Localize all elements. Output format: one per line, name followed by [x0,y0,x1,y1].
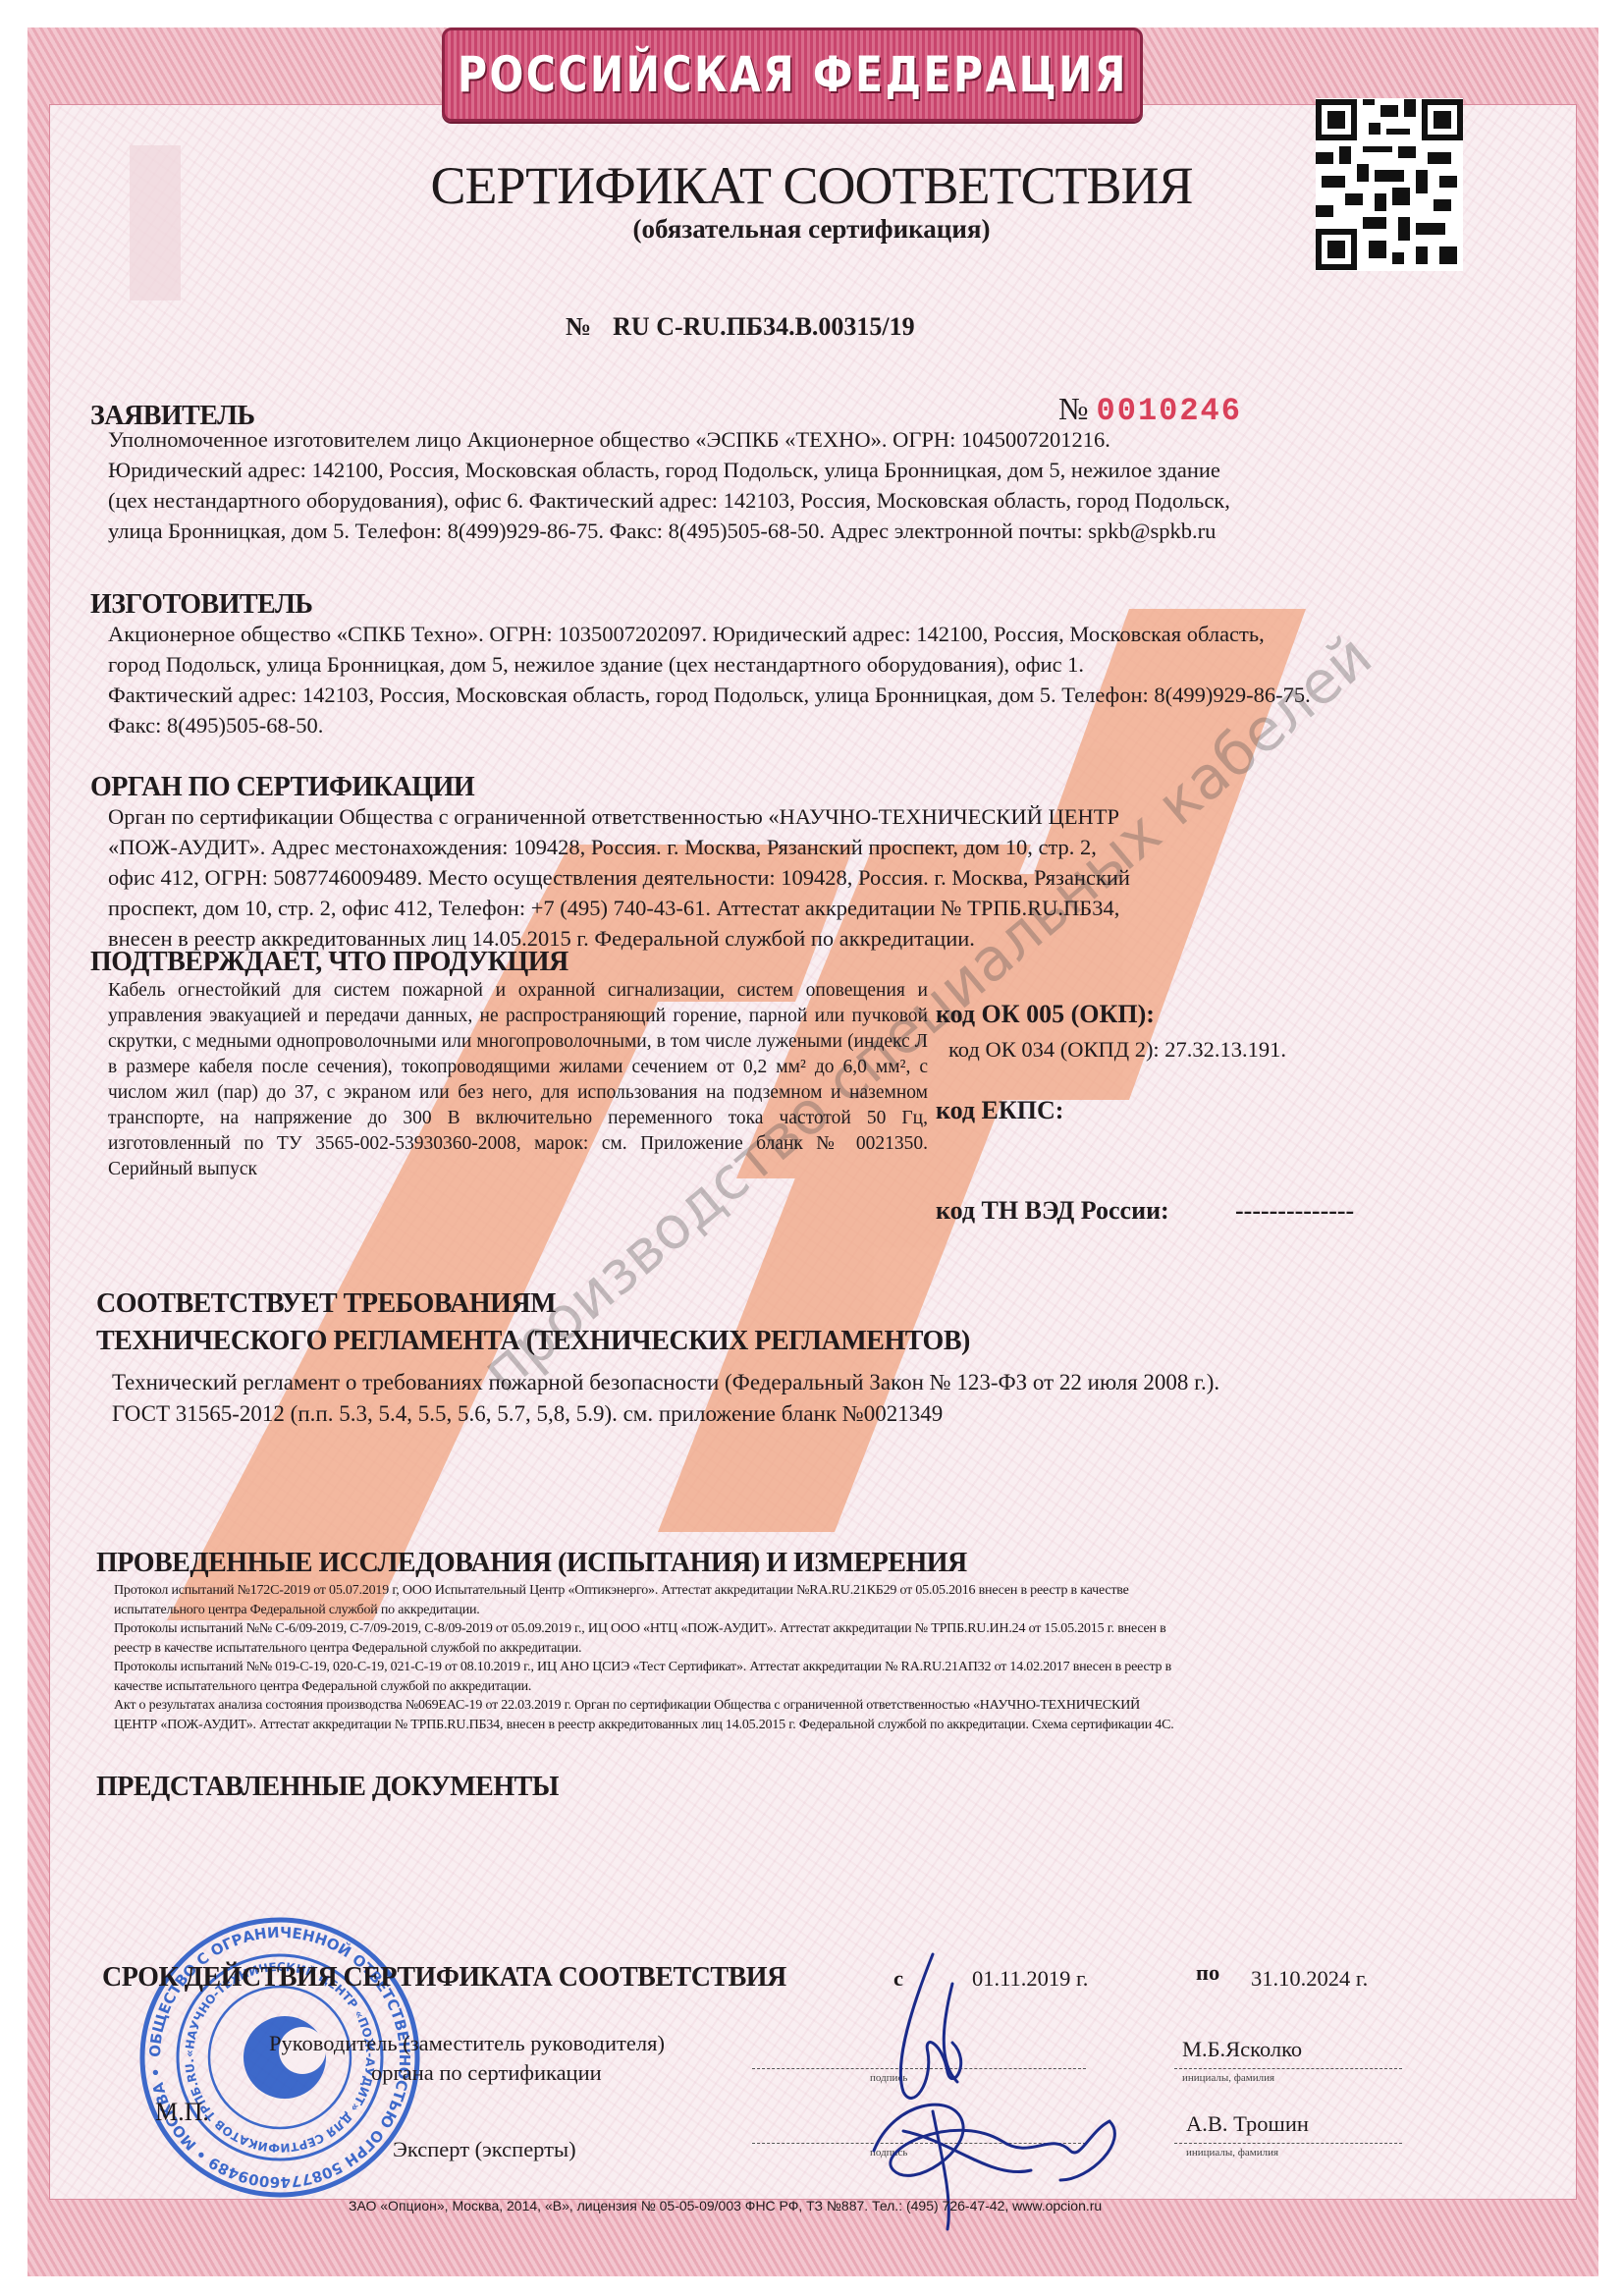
okp-code-label: код ОК 005 (ОКП): [936,1000,1155,1029]
cert-body-line: проспект, дом 10, стр. 2, офис 412, Теле… [108,893,1130,923]
applicant-line: (цех нестандартного оборудования), офис … [108,485,1230,516]
ekps-code-label: код ЕКПС: [936,1096,1063,1125]
expert-name-caption: инициалы, фамилия [1186,2147,1278,2159]
cert-body-line: офис 412, ОГРН: 5087746009489. Место осу… [108,862,1130,893]
stamp-place-label: М.П. [155,2098,209,2127]
applicant-line: улица Бронницкая, дом 5. Телефон: 8(499)… [108,516,1230,546]
manufacturer-line: Фактический адрес: 142103, Россия, Моско… [108,680,1311,710]
banner-russian-federation: РОССИЙСКАЯ ФЕДЕРАЦИЯ [442,27,1143,122]
expert-role-label: Эксперт (эксперты) [393,2137,576,2162]
tests-line: Протоколы испытаний №№ С-6/09-2019, С-7/… [114,1619,1174,1639]
compliance-line: ГОСТ 31565-2012 (п.п. 5.3, 5.4, 5.5, 5.6… [112,1398,1219,1430]
tests-text: Протокол испытаний №172С-2019 от 05.07.2… [114,1581,1174,1734]
applicant-line: Юридический адрес: 142100, Россия, Моско… [108,455,1230,485]
cert-body-line: Орган по сертификации Общества с огранич… [108,801,1130,832]
manufacturer-line: город Подольск, улица Бронницкая, дом 5,… [108,649,1311,680]
tests-line: реестр в качестве испытательного центра … [114,1639,1174,1659]
applicant-line: Уполномоченное изготовителем лицо Акцион… [108,424,1230,455]
manufacturer-line: Акционерное общество «СПКБ Техно». ОГРН:… [108,619,1311,649]
cert-body-line: «ПОЖ-АУДИТ». Адрес местонахождения: 1094… [108,832,1130,862]
document-title: СЕРТИФИКАТ СООТВЕТСТВИЯ [0,155,1623,216]
manufacturer-line: Факс: 8(495)505-68-50. [108,710,1311,740]
expert-name-line [1174,2143,1402,2144]
head-name: М.Б.Ясколко [1182,2037,1302,2062]
validity-heading: СРОК ДЕЙСТВИЯ СЕРТИФИКАТА СООТВЕТСТВИЯ [102,1962,786,1994]
tests-line: испытательного центра Федеральной службо… [114,1601,1174,1620]
head-signature-caption: подпись [870,2072,907,2084]
certificate-number: №RU C-RU.ПБ34.В.00315/19 [566,312,915,342]
head-name-caption: инициалы, фамилия [1182,2072,1274,2084]
tests-line: Протокол испытаний №172С-2019 от 05.07.2… [114,1581,1174,1601]
cert-body-text: Орган по сертификации Общества с огранич… [108,801,1130,954]
compliance-text: Технический регламент о требованиях пожа… [112,1367,1219,1430]
expert-name: А.В. Трошин [1186,2111,1309,2137]
manufacturer-text: Акционерное общество «СПКБ Техно». ОГРН:… [108,619,1311,740]
head-name-line [1174,2068,1402,2069]
tests-line: качестве испытательного центра Федеральн… [114,1677,1174,1697]
head-role-label-1: Руководитель (заместитель руководителя) [269,2031,665,2056]
product-heading: ПОДТВЕРЖДАЕТ, ЧТО ПРОДУКЦИЯ [90,947,568,978]
expert-signature-caption: подпись [870,2147,907,2159]
cert-number-value: RU C-RU.ПБ34.В.00315/19 [613,312,915,341]
product-description: Кабель огнестойкий для систем пожарной и… [108,978,928,1182]
compliance-heading-2: ТЕХНИЧЕСКОГО РЕГЛАМЕНТА (ТЕХНИЧЕСКИХ РЕГ… [96,1326,970,1357]
document-subtitle: (обязательная сертификация) [0,214,1623,245]
tnved-code-value: -------------- [1235,1196,1354,1226]
okpd2-code: код ОК 034 (ОКПД 2): 27.32.13.191. [948,1037,1286,1063]
compliance-line: Технический регламент о требованиях пожа… [112,1367,1219,1398]
expert-signature-line [752,2143,1086,2144]
printer-footer: ЗАО «Опцион», Москва, 2014, «В», лицензи… [349,2198,1102,2214]
tests-line: ЦЕНТР «ПОЖ-АУДИТ». Аттестат аккредитации… [114,1716,1174,1735]
applicant-text: Уполномоченное изготовителем лицо Акцион… [108,424,1230,546]
documents-heading: ПРЕДСТАВЛЕННЫЕ ДОКУМЕНТЫ [96,1772,559,1803]
tests-heading: ПРОВЕДЕННЫЕ ИССЛЕДОВАНИЯ (ИСПЫТАНИЯ) И И… [96,1548,967,1579]
validity-from-label: с [893,1966,903,1992]
tests-line: Акт о результатах анализа состояния прои… [114,1696,1174,1716]
tnved-code-label: код ТН ВЭД России: [936,1196,1169,1226]
tests-line: Протоколы испытаний №№ 019-С-19, 020-С-1… [114,1658,1174,1677]
manufacturer-heading: ИЗГОТОВИТЕЛЬ [90,589,312,621]
head-role-label-2: органа по сертификации [371,2060,602,2086]
cert-number-label: № [566,312,591,341]
blank-number-label: № [1058,391,1089,426]
head-signature-line [752,2068,1086,2069]
banner-text: РОССИЙСКАЯ ФЕДЕРАЦИЯ [458,46,1128,103]
cert-body-heading: ОРГАН ПО СЕРТИФИКАЦИИ [90,772,474,803]
validity-from-date: 01.11.2019 г. [972,1966,1088,1992]
validity-to-label: по [1196,1960,1219,1986]
compliance-heading-1: СООТВЕТСТВУЕТ ТРЕБОВАНИЯМ [96,1288,556,1320]
validity-to-date: 31.10.2024 г. [1251,1966,1368,1992]
